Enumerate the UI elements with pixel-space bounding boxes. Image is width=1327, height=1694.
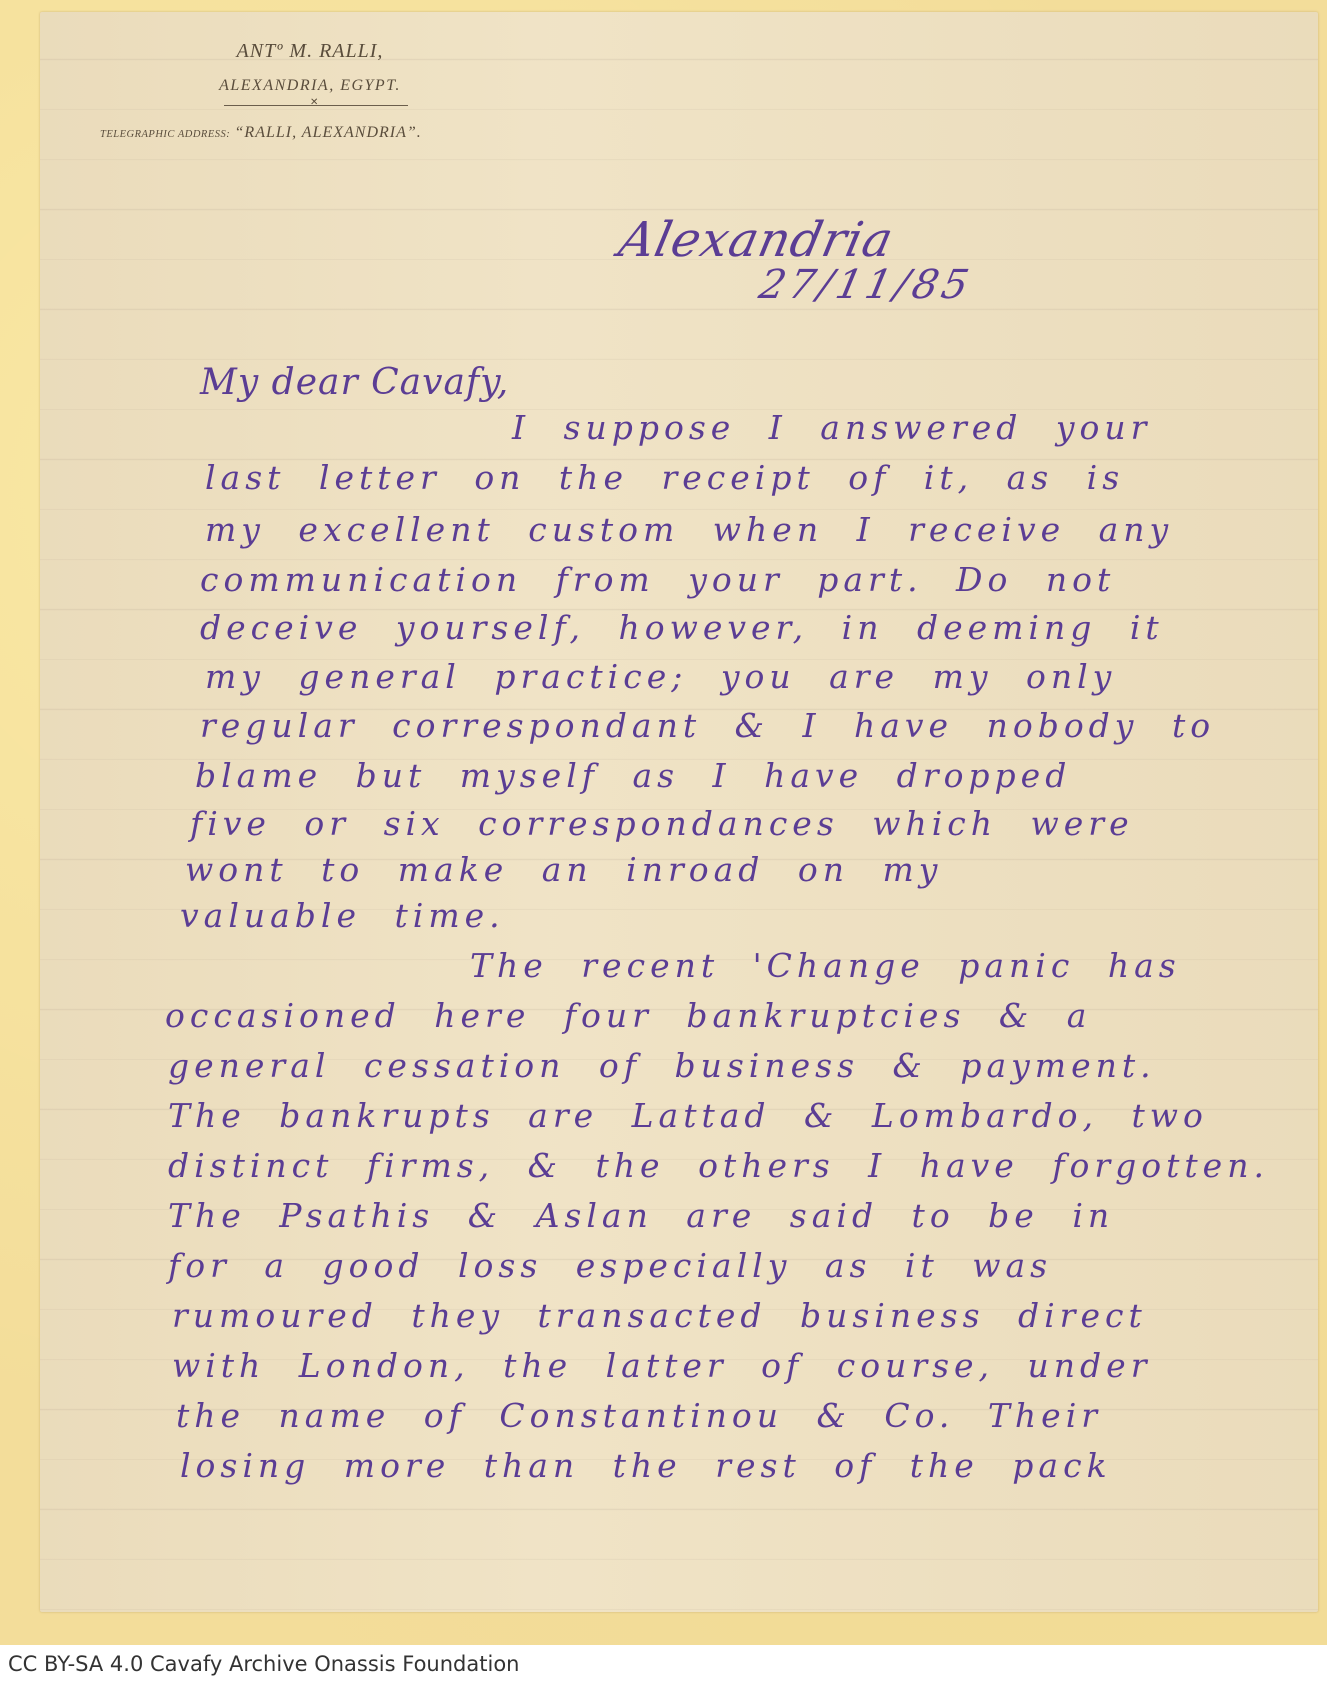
letter-salutation: My dear Cavafy, bbox=[200, 362, 509, 403]
letter-line: The recent 'Change panic has bbox=[470, 946, 1181, 985]
letterhead-city: ALEXANDRIA, EGYPT. bbox=[160, 77, 460, 95]
letterhead-telegraphic-address: Telegraphic Address: “RALLI, ALEXANDRIA”… bbox=[100, 122, 510, 142]
letter-line: I suppose I answered your bbox=[512, 408, 1151, 447]
printed-letterhead: ANTº M. RALLI, ALEXANDRIA, EGYPT. ✕ Tele… bbox=[100, 40, 510, 142]
telegraphic-address-value: “RALLI, ALEXANDRIA”. bbox=[235, 124, 422, 141]
letter-line: for a good loss especially as it was bbox=[168, 1246, 1052, 1285]
letter-line: The bankrupts are Lattad & Lombardo, two bbox=[168, 1096, 1208, 1135]
letter-line: rumoured they transacted business direct bbox=[172, 1296, 1147, 1335]
letter-line: The Psathis & Aslan are said to be in bbox=[168, 1196, 1114, 1235]
letter-line: valuable time. bbox=[180, 896, 505, 935]
telegraphic-address-label: Telegraphic Address: bbox=[100, 129, 230, 140]
letterhead-sender-name: ANTº M. RALLI, bbox=[160, 40, 460, 63]
letter-line: with London, the latter of course, under bbox=[172, 1346, 1151, 1385]
letter-place: Alexandria bbox=[614, 212, 899, 268]
letter-line: blame but myself as I have dropped bbox=[195, 756, 1071, 795]
letter-line: last letter on the receipt of it, as is bbox=[205, 458, 1124, 497]
letter-line: deceive yourself, however, in deeming it bbox=[200, 608, 1164, 647]
letter-line: my general practice; you are my only bbox=[205, 657, 1116, 696]
letter-line: the name of Constantinou & Co. Their bbox=[176, 1396, 1102, 1435]
letter-line: my excellent custom when I receive any bbox=[205, 510, 1173, 549]
letter-line: regular correspondant & I have nobody to bbox=[200, 706, 1215, 745]
letter-line: distinct firms, & the others I have forg… bbox=[168, 1146, 1269, 1185]
image-credit-caption: CC BY-SA 4.0 Cavafy Archive Onassis Foun… bbox=[8, 1652, 519, 1676]
letterhead-divider: ✕ bbox=[224, 105, 408, 106]
ornament-icon: ✕ bbox=[310, 97, 318, 108]
letter-line: occasioned here four bankruptcies & a bbox=[165, 996, 1091, 1035]
letter-line: wont to make an inroad on my bbox=[185, 850, 942, 889]
letter-line: general cessation of business & payment. bbox=[168, 1046, 1156, 1085]
letter-line: communication from your part. Do not bbox=[200, 560, 1115, 599]
letter-line: losing more than the rest of the pack bbox=[180, 1446, 1112, 1485]
letter-date: 27/11/85 bbox=[755, 262, 976, 308]
letter-line: five or six correspondances which were bbox=[190, 804, 1134, 843]
